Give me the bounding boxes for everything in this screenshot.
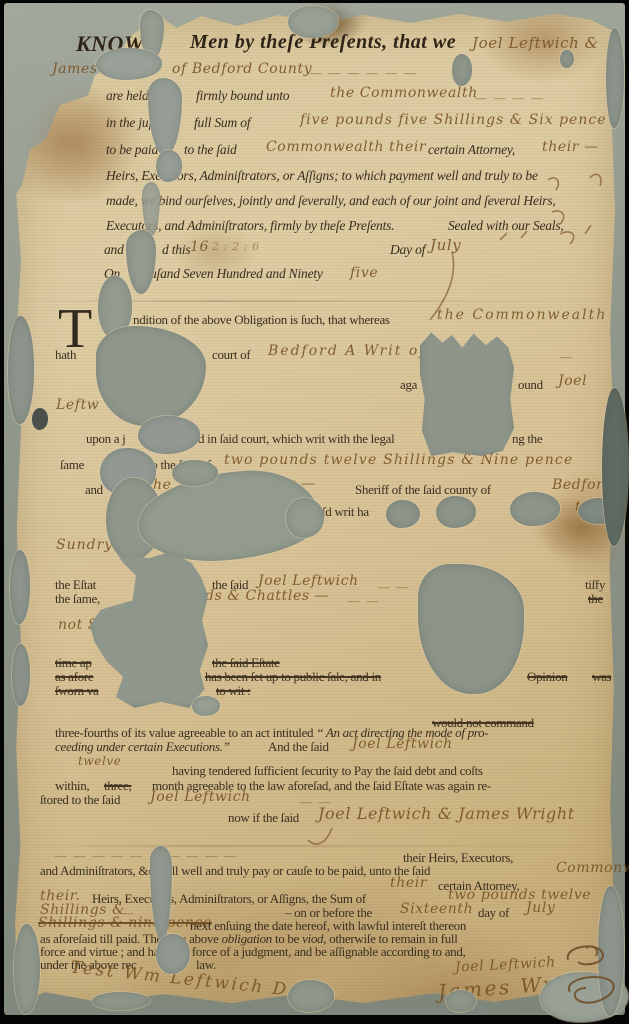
printed-text: ſd writ ha [322, 505, 369, 519]
handwritten-text: Bedford A Writ of [268, 344, 426, 359]
printed-text: uſand Seven Hundred and Ninety [150, 267, 323, 281]
printed-text: certain Attorney, [428, 143, 515, 157]
handwritten-text: their [390, 876, 427, 891]
struck-text: three, [104, 779, 131, 793]
printed-text: aga [400, 378, 417, 392]
handwritten-text: James [52, 62, 98, 77]
printed-text: to the ſaid [184, 143, 237, 157]
printed-text: in the juſt [106, 116, 156, 130]
handwritten-text: Joel Leftwich & James Wright [318, 806, 575, 823]
printed-text: the Eſtat [55, 578, 96, 592]
handwritten-names: Joel Leftwich & [472, 36, 599, 52]
handwritten-text: Joel Leftwich [352, 737, 453, 752]
printed-text: Heirs, Executors, Adminiſtrators, or Aſſ… [92, 892, 366, 906]
handwritten-month: July [430, 238, 461, 254]
printed-text: made, we bind ourſelves, jointly and ſev… [106, 194, 556, 208]
struck-text: the ſaid Eſtate [212, 656, 280, 670]
struck-text: time ap [55, 656, 92, 670]
ink-dash: — [560, 350, 574, 364]
handwritten-text: Leftw [56, 398, 99, 413]
printed-text: three-fourths of its value agreeable to … [55, 725, 313, 740]
printed-text: now if the ſaid [228, 811, 299, 825]
ink-dash: — — — — — — — — — — [55, 849, 238, 863]
printed-text: Sealed with our Seals, [448, 219, 564, 233]
printed-text: the ſame, [55, 592, 100, 606]
printed-text: upon a j [86, 432, 125, 446]
printed-text: day of [478, 906, 509, 920]
handwritten-text: Joel Leftwich [258, 574, 359, 589]
struck-text: to wit : [216, 684, 250, 698]
handwritten-cost-note: 2 : 2 : 6 [212, 241, 260, 253]
handwritten-text: two pounds twelve Shillings & Nine pence [224, 453, 573, 468]
document-photo: KNOW Men by theſe Preſents, that we Joel… [0, 0, 629, 1024]
struck-text: the [588, 592, 603, 606]
crease-line [20, 845, 609, 847]
printed-text: within, [55, 779, 89, 793]
printed-text: are held [106, 89, 149, 103]
printed-text: hath [55, 348, 76, 362]
struck-text: as afore [55, 670, 93, 684]
struck-text: has been ſet up to public ſale, and in [205, 670, 381, 684]
handwritten-text: their — [542, 140, 599, 155]
printed-text: and [85, 483, 103, 497]
printed-text: And the ſaid [268, 740, 329, 754]
printed-text: ndition of the above Obligation is ſuch,… [133, 313, 390, 327]
printed-text: Day of [390, 243, 425, 257]
printed-act-title: ceeding under certain Executions.” [55, 740, 230, 754]
printed-text: full Sum of [194, 116, 250, 130]
torn-patch [420, 330, 514, 456]
handwritten-text: the Commonwealth [330, 86, 478, 101]
printed-text: Sheriff of the ſaid county of [355, 483, 491, 497]
struck-text: ſworn va [55, 684, 98, 698]
handwritten-text: five pounds five Shillings & Six pence [300, 113, 606, 128]
struck-text: was [592, 670, 611, 684]
printed-text: d this [162, 243, 190, 257]
printed-text: court of [212, 348, 250, 362]
handwritten-correction: twelve [78, 755, 122, 768]
handwritten-date: 16 [190, 240, 209, 255]
printed-text: to be paid [106, 143, 158, 157]
printed-text: tiſfy [585, 578, 605, 592]
printed-text: law. [196, 958, 216, 972]
printed-text: ng the [512, 432, 542, 446]
ink-dash: — — — — — — [310, 66, 418, 80]
printed-text: ound [518, 378, 543, 392]
handwritten-text: of Bedford County [172, 62, 312, 77]
printed-text: having tendered ſufficient ſecurity to P… [172, 764, 483, 778]
handwritten-year: five [350, 266, 378, 281]
handwritten-text: Joel [558, 374, 587, 389]
struck-handwriting: Shillings & nine pence [38, 916, 212, 931]
ink-dash: — — [348, 594, 380, 608]
ink-dash: — — [378, 580, 410, 594]
handwritten-text: July [526, 901, 555, 916]
handwritten-text: Sixteenth [400, 902, 473, 917]
ink-dash: — — — — [475, 91, 545, 105]
handwritten-text: Joel Leftwich [150, 790, 251, 805]
printed-text: ſtored to the ſaid [40, 793, 120, 807]
printed-text: d in ſaid court, which writ with the leg… [198, 432, 394, 446]
printed-text: ſame [60, 458, 84, 472]
struck-text: Opinion [527, 670, 568, 684]
handwritten-text: Commonwealth [556, 861, 629, 876]
handwritten-text: Commonwealth their [266, 140, 426, 155]
handwritten-text: ods & Chattles — [196, 589, 329, 604]
handwritten-text: the Commonwealth [437, 308, 607, 323]
printed-text: and Adminiſtrators, &c ſhall well and tr… [40, 864, 430, 878]
printed-text: and [104, 243, 124, 257]
printed-text: firmly bound unto [196, 89, 289, 103]
